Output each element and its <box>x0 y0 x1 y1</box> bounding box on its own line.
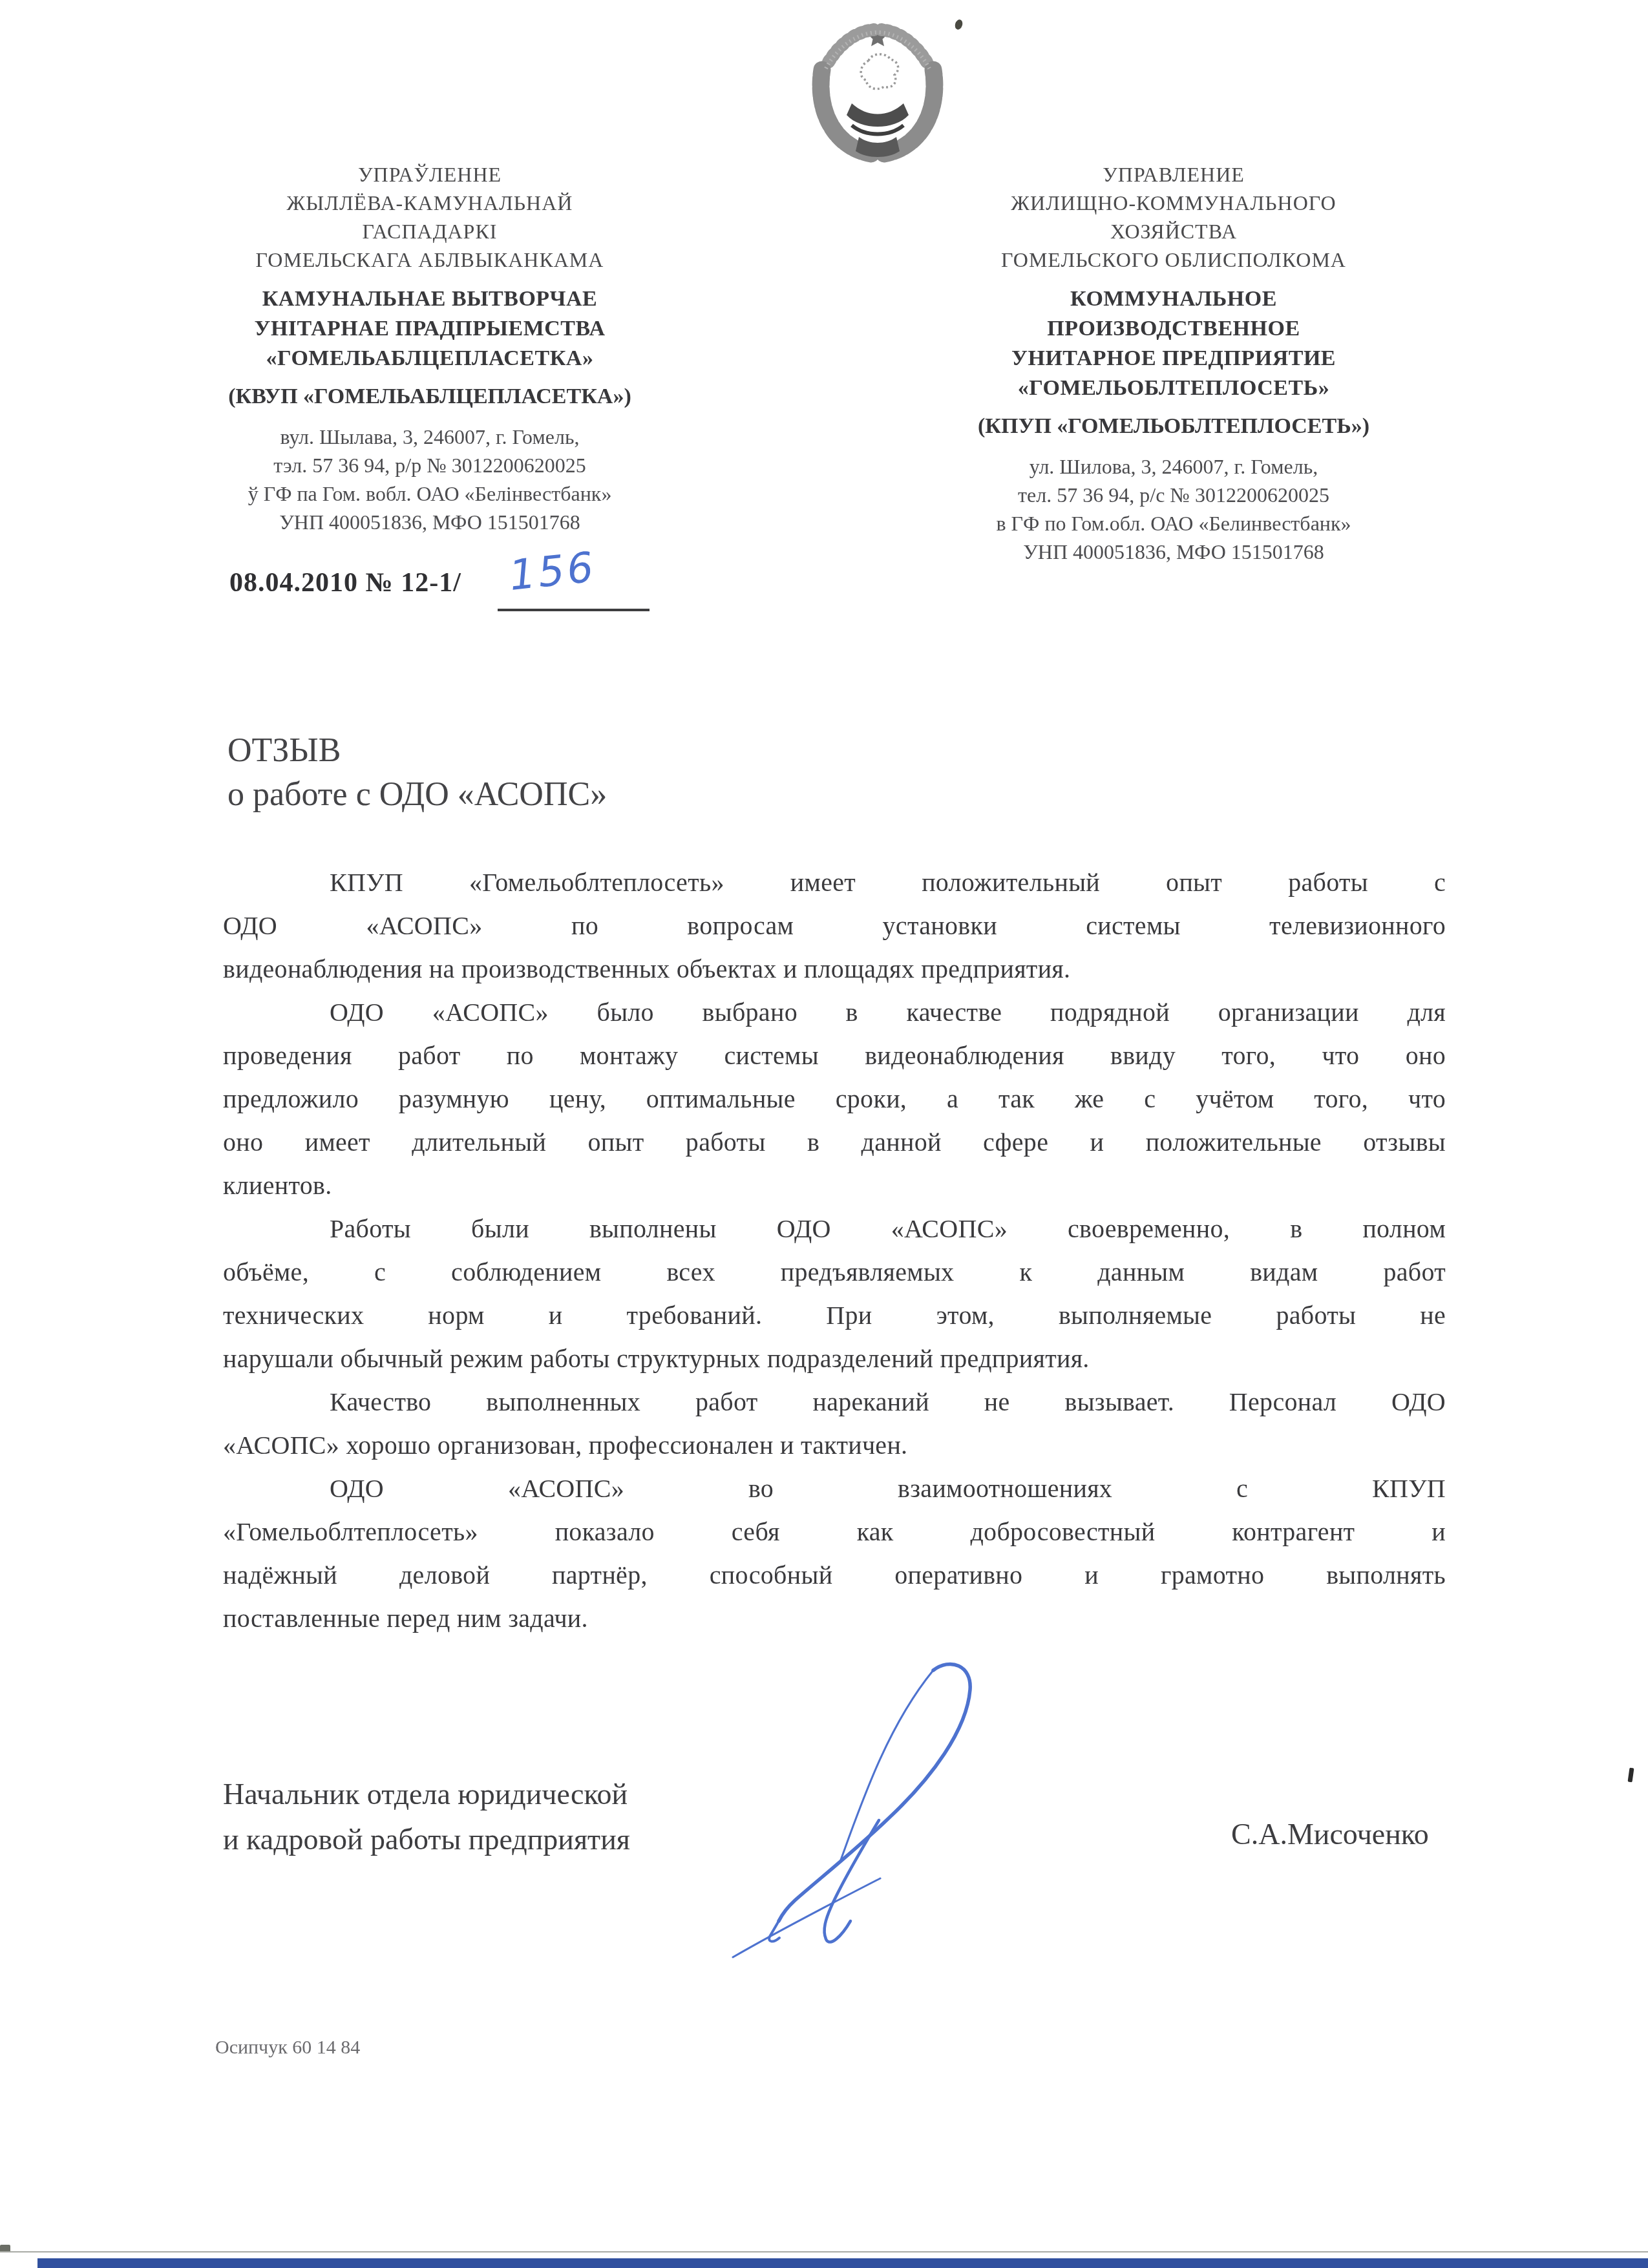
address-block: вул. Шылава, 3, 246007, г. Гомель, тэл. … <box>204 423 656 536</box>
address-line: ў ГФ па Гом. вобл. ОАО «Белінвестбанк» <box>204 479 656 508</box>
address-line: в ГФ по Гом.обл. ОАО «Белинвестбанк» <box>947 509 1400 538</box>
body-line: КПУП «Гомельоблтеплосеть» имеет положите… <box>223 861 1446 904</box>
address-line: тэл. 57 36 94, р/р № 3012200620025 <box>204 451 656 479</box>
reference-number-underline <box>498 609 650 611</box>
body-line: ОДО «АСОПС» во взаимоотношениях с КПУП <box>223 1467 1446 1510</box>
body-line: ОДО «АСОПС» по вопросам установки систем… <box>223 904 1446 947</box>
body-line: клиентов. <box>223 1164 1446 1207</box>
organization-name-line: КОММУНАЛЬНОЕ ПРОИЗВОДСТВЕННОЕ <box>947 284 1400 344</box>
title-line: о работе с ОДО «АСОПС» <box>227 773 607 817</box>
signer-position-line: и кадровой работы предприятия <box>223 1817 630 1862</box>
department-name-line: ГАСПАДАРКІ <box>204 217 656 246</box>
scan-edge-mark-artifact <box>1628 1768 1634 1783</box>
letterhead-right-column: УПРАВЛЕНИЕ ЖИЛИЩНО-КОММУНАЛЬНОГО ХОЗЯЙСТ… <box>947 160 1400 566</box>
body-line: нарушали обычный режим работы структурны… <box>223 1337 1446 1380</box>
handwritten-outgoing-number: 156 <box>507 543 598 600</box>
organization-short-name: (КПУП «ГОМЕЛЬОБЛТЕПЛОСЕТЬ») <box>947 412 1400 441</box>
letterhead-left-column: УПРАЎЛЕННЕ ЖЫЛЛЁВА-КАМУНАЛЬНАЙ ГАСПАДАРК… <box>204 160 656 536</box>
body-paragraph: ОДО «АСОПС» было выбрано в качестве подр… <box>223 991 1446 1207</box>
body-line: поставленные перед ним задачи. <box>223 1597 1446 1640</box>
body-paragraph: Качество выполненных работ нареканий не … <box>223 1380 1446 1467</box>
letter-body: КПУП «Гомельоблтеплосеть» имеет положите… <box>223 861 1446 1640</box>
department-name-line: ЖИЛИЩНО-КОММУНАЛЬНОГО <box>947 189 1400 217</box>
address-line: тел. 57 36 94, р/с № 3012200620025 <box>947 481 1400 509</box>
body-line: «Гомельоблтеплосеть» показало себя как д… <box>223 1510 1446 1553</box>
body-line: «АСОПС» хорошо организован, профессионал… <box>223 1423 1446 1467</box>
signer-name: С.А.Мисоченко <box>1231 1817 1429 1851</box>
signer-position-line: Начальник отдела юридической <box>223 1772 630 1817</box>
body-line: видеонаблюдения на производственных объе… <box>223 947 1446 991</box>
organization-name-line: УНИТАРНОЕ ПРЕДПРИЯТИЕ <box>947 344 1400 373</box>
organization-name-block: КОММУНАЛЬНОЕ ПРОИЗВОДСТВЕННОЕ УНИТАРНОЕ … <box>947 284 1400 403</box>
department-name-line: ГОМЕЛЬСКАГА АБЛВЫКАНКАМА <box>204 246 656 274</box>
scan-speck-artifact <box>954 19 964 31</box>
address-line: ул. Шилова, 3, 246007, г. Гомель, <box>947 452 1400 481</box>
department-name-line: УПРАВЛЕНИЕ <box>947 160 1400 189</box>
document-title: ОТЗЫВ о работе с ОДО «АСОПС» <box>227 729 607 817</box>
emblem-ribbon <box>856 137 900 157</box>
body-line: ОДО «АСОПС» было выбрано в качестве подр… <box>223 991 1446 1034</box>
organization-name-line: КАМУНАЛЬНАЕ ВЫТВОРЧАЕ <box>204 284 656 314</box>
emblem-map-outline <box>861 54 898 89</box>
organization-name-line: «ГОМЕЛЬАБЛЦЕПЛАСЕТКА» <box>204 344 656 373</box>
organization-name-line: «ГОМЕЛЬОБЛТЕПЛОСЕТЬ» <box>947 373 1400 403</box>
scan-line-artifact <box>0 2251 1648 2252</box>
body-line: технических норм и требований. При этом,… <box>223 1294 1446 1337</box>
address-line: УНП 400051836, МФО 151501768 <box>947 538 1400 566</box>
body-line: Работы были выполнены ОДО «АСОПС» своевр… <box>223 1207 1446 1250</box>
body-paragraph: Работы были выполнены ОДО «АСОПС» своевр… <box>223 1207 1446 1380</box>
department-name-line: ГОМЕЛЬСКОГО ОБЛИСПОЛКОМА <box>947 246 1400 274</box>
title-line: ОТЗЫВ <box>227 729 607 773</box>
body-line: объёме, с соблюдением всех предъявляемых… <box>223 1250 1446 1294</box>
reference-date-number: 08.04.2010 № 12-1/ <box>229 567 461 598</box>
body-paragraph: КПУП «Гомельоблтеплосеть» имеет положите… <box>223 861 1446 991</box>
department-name-line: УПРАЎЛЕННЕ <box>204 160 656 189</box>
department-name-line: ЖЫЛЛЁВА-КАМУНАЛЬНАЙ <box>204 189 656 217</box>
address-block: ул. Шилова, 3, 246007, г. Гомель, тел. 5… <box>947 452 1400 566</box>
organization-name-line: УНІТАРНАЕ ПРАДПРЫЕМСТВА <box>204 314 656 344</box>
handwritten-signature <box>679 1644 1066 2006</box>
emblem-globe-dark <box>847 103 909 127</box>
signer-position: Начальник отдела юридической и кадровой … <box>223 1772 630 1862</box>
executor-contact: Осипчук 60 14 84 <box>215 2037 360 2059</box>
address-line: УНП 400051836, МФО 151501768 <box>204 508 656 536</box>
scanner-edge-strip <box>37 2258 1648 2268</box>
body-paragraph: ОДО «АСОПС» во взаимоотношениях с КПУП «… <box>223 1467 1446 1640</box>
belarus-coat-of-arms-emblem <box>807 23 949 164</box>
body-line: Качество выполненных работ нареканий не … <box>223 1380 1446 1423</box>
organization-short-name: (КВУП «ГОМЕЛЬАБЛЦЕПЛАСЕТКА») <box>204 383 656 411</box>
body-line: проведения работ по монтажу системы виде… <box>223 1034 1446 1077</box>
scanned-letter-page: { "doc": { "letterhead": { "left": { "de… <box>0 0 1648 2268</box>
address-line: вул. Шылава, 3, 246007, г. Гомель, <box>204 423 656 451</box>
body-line: надёжный деловой партнёр, способный опер… <box>223 1553 1446 1597</box>
body-line: предложило разумную цену, оптимальные ср… <box>223 1077 1446 1120</box>
organization-name-block: КАМУНАЛЬНАЕ ВЫТВОРЧАЕ УНІТАРНАЕ ПРАДПРЫЕ… <box>204 284 656 373</box>
body-line: оно имеет длительный опыт работы в данно… <box>223 1120 1446 1164</box>
department-name-line: ХОЗЯЙСТВА <box>947 217 1400 246</box>
